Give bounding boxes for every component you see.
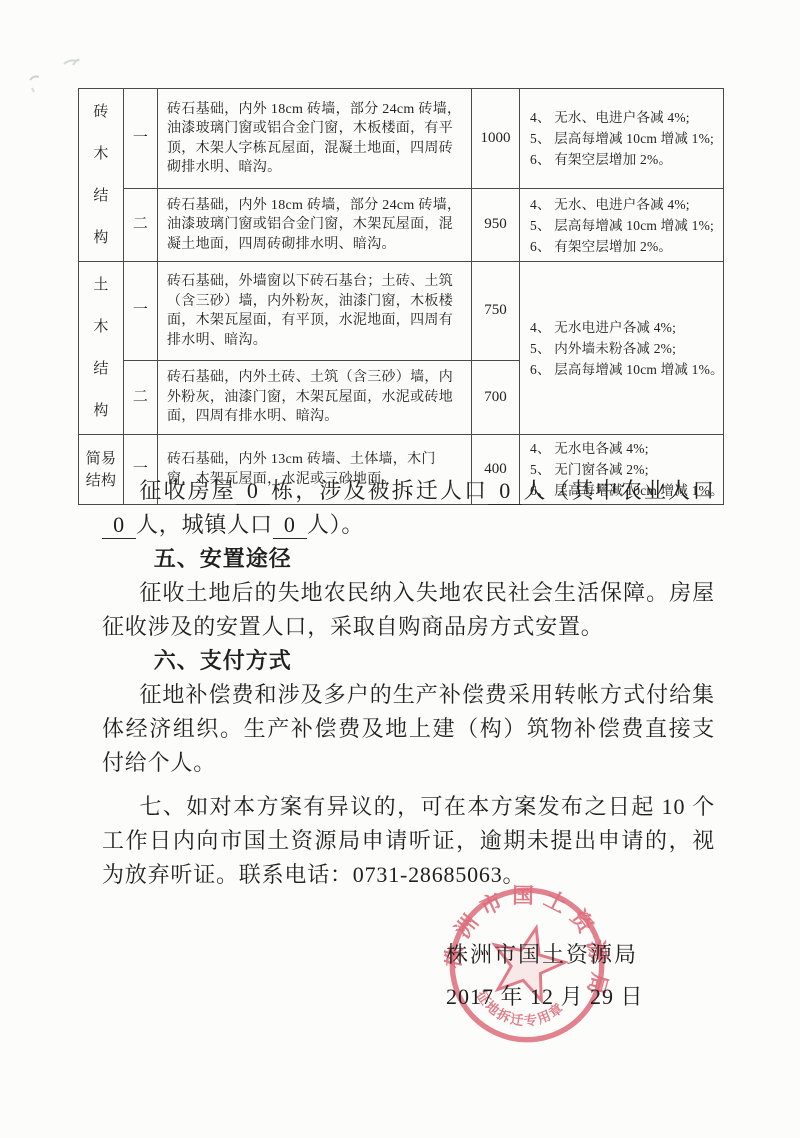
table-row: 土木结构 一 砖石基础，外墙窗以下砖石基台；土砖、土筑（含三砂）墙，内外粉灰，油… xyxy=(79,262,724,361)
signature-block: 株洲市国土资源局 2017 年 12 月 29 日 xyxy=(446,934,644,1018)
description-cell: 砖石基础，内外 18cm 砖墙，部分 24cm 砖墙，油漆玻璃门窗或铝合金门窗，… xyxy=(158,89,472,189)
paragraph-text: 人，城镇人口 xyxy=(136,512,273,537)
grade-cell: 二 xyxy=(124,189,158,262)
note-line: 5、 层高每增减 10cm 增减 1%; xyxy=(530,215,719,236)
resettlement-paragraph: 征收土地后的失地农民纳入失地农民社会生活保障。房屋征收涉及的安置人口，采取自购商… xyxy=(102,576,715,644)
price-cell: 700 xyxy=(472,361,520,435)
hearing-paragraph: 七、如对本方案有异议的，可在本方案发布之日起 10 个工作日内向市国土资源局申请… xyxy=(102,790,715,892)
blank-house-count: 0 xyxy=(236,478,270,505)
note-line: 4、 无水、电进户各减 4%; xyxy=(530,107,719,128)
price-cell: 1000 xyxy=(472,89,520,189)
note-line: 6、 有架空层增加 2%。 xyxy=(530,149,719,170)
paragraph-text: 人（其中农业人口 xyxy=(522,478,715,503)
blank-agricultural-population: 0 xyxy=(102,512,136,539)
grade-cell: 二 xyxy=(124,361,158,435)
compensation-standards-table: 砖木结构 一 砖石基础，内外 18cm 砖墙，部分 24cm 砖墙，油漆玻璃门窗… xyxy=(78,88,724,505)
description-cell: 砖石基础，内外土砖、土筑（含三砂）墙，内外粉灰，油漆门窗，木架瓦屋面，水泥或砖地… xyxy=(158,361,472,435)
grade-cell: 一 xyxy=(124,89,158,189)
issue-date: 2017 年 12 月 29 日 xyxy=(446,976,644,1018)
blank-relocated-population: 0 xyxy=(488,478,522,505)
description-cell: 砖石基础，外墙窗以下砖石基台；土砖、土筑（含三砂）墙，内外粉灰，油漆门窗，木板楼… xyxy=(158,262,472,361)
price-cell: 750 xyxy=(472,262,520,361)
structure-type-label: 砖木结构 xyxy=(93,91,110,259)
price-cell: 950 xyxy=(472,189,520,262)
section-5-heading: 五、安置途径 xyxy=(154,542,715,576)
notes-cell: 4、 无水、电进户各减 4%; 5、 层高每增减 10cm 增减 1%; 6、 … xyxy=(520,89,724,189)
grade-cell: 一 xyxy=(124,262,158,361)
note-line: 4、 无水、电进户各减 4%; xyxy=(530,194,719,215)
structure-type-cell: 砖木结构 xyxy=(79,89,124,262)
paragraph-text: 征收房屋 xyxy=(139,478,235,503)
paragraph-text: 栋，涉及被拆迁人口 xyxy=(270,478,488,503)
blank-urban-population: 0 xyxy=(273,512,307,539)
document-body: 征收房屋0栋，涉及被拆迁人口0人（其中农业人口0人，城镇人口0人）。 五、安置途… xyxy=(102,474,715,892)
note-line: 5、 内外墙未粉各减 2%; xyxy=(530,338,719,359)
notes-cell: 4、 无水电进户各减 4%; 5、 内外墙未粉各减 2%; 6、 层高每增减 1… xyxy=(520,262,724,435)
payment-paragraph: 征地补偿费和涉及多户的生产补偿费采用转帐方式付给集体经济组织。生产补偿费及地上建… xyxy=(102,678,715,780)
note-line: 4、 无水电进户各减 4%; xyxy=(530,317,719,338)
structure-type-cell: 土木结构 xyxy=(79,262,124,435)
description-cell: 砖石基础，内外 18cm 砖墙，部分 24cm 砖墙，油漆玻璃门窗或铝合金门窗，… xyxy=(158,189,472,262)
notes-cell: 4、 无水、电进户各减 4%; 5、 层高每增减 10cm 增减 1%; 6、 … xyxy=(520,189,724,262)
issuing-agency: 株洲市国土资源局 xyxy=(446,934,644,976)
paragraph-text: 人）。 xyxy=(307,512,364,537)
house-expropriation-paragraph: 征收房屋0栋，涉及被拆迁人口0人（其中农业人口0人，城镇人口0人）。 xyxy=(102,474,715,542)
table-row: 砖木结构 一 砖石基础，内外 18cm 砖墙，部分 24cm 砖墙，油漆玻璃门窗… xyxy=(79,89,724,189)
section-6-heading: 六、支付方式 xyxy=(154,644,715,678)
note-line: 5、 层高每增减 10cm 增减 1%; xyxy=(530,128,719,149)
structure-type-label: 土木结构 xyxy=(93,264,110,432)
note-line: 6、 有架空层增加 2%。 xyxy=(530,236,719,257)
note-line: 4、 无水电各减 4%; xyxy=(530,438,719,459)
note-line: 6、 层高每增减 10cm 增减 1%。 xyxy=(530,359,719,380)
table-row: 二 砖石基础，内外 18cm 砖墙，部分 24cm 砖墙，油漆玻璃门窗或铝合金门… xyxy=(79,189,724,262)
document-page: 砖木结构 一 砖石基础，内外 18cm 砖墙，部分 24cm 砖墙，油漆玻璃门窗… xyxy=(0,0,800,1138)
